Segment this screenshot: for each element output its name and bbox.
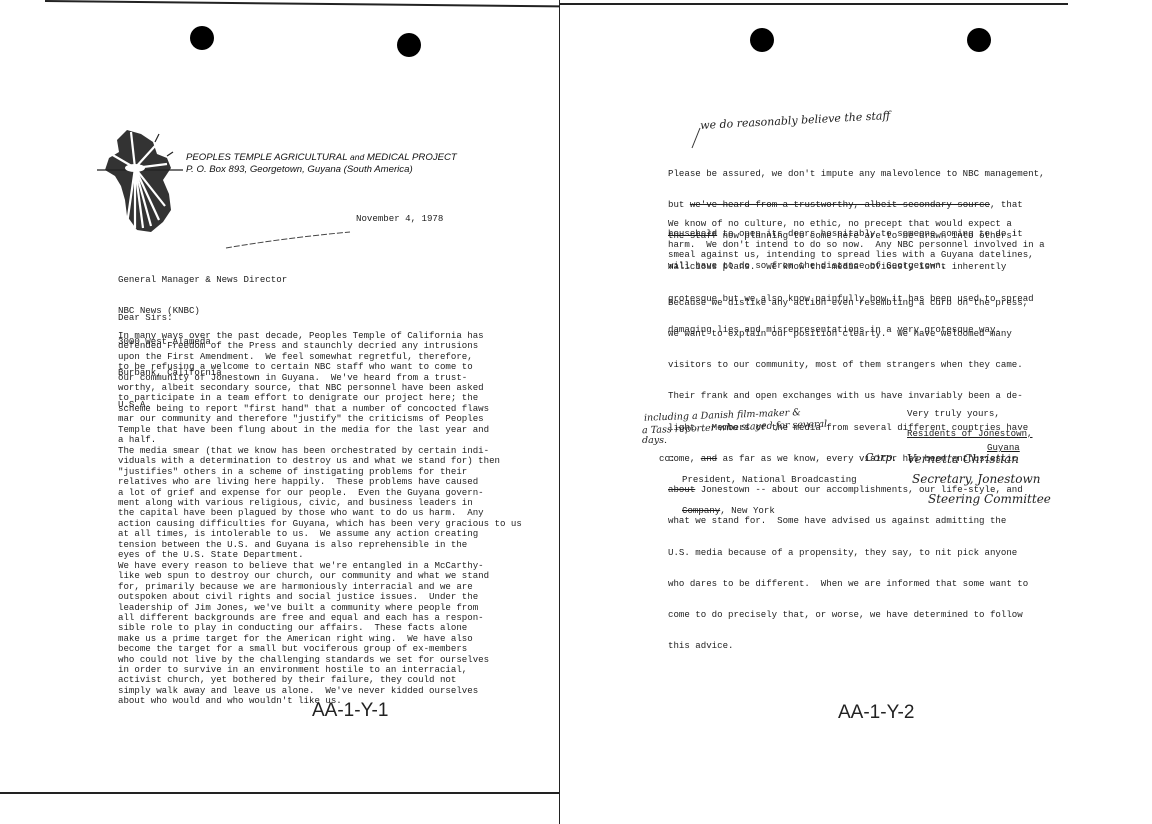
signature-block-struck: Residents of Jonestown, — [907, 429, 1033, 439]
handwritten-insert: we do reasonably believe the staff — [700, 109, 891, 132]
cc-recipient: President, National Broadcasting Company… — [682, 454, 857, 537]
punch-hole — [750, 28, 774, 52]
punch-hole — [190, 26, 214, 50]
pen-stroke-mark — [224, 228, 354, 250]
text-line: Temple that have been flung about in the… — [118, 425, 489, 435]
org-name: PEOPLES TEMPLE AGRICULTURAL and MEDICAL … — [186, 151, 457, 164]
letter-page-2: we do reasonably believe the staff Pleas… — [560, 0, 1152, 824]
scan-edge-top — [45, 0, 560, 7]
cc-label: cc: — [659, 454, 675, 464]
punch-hole — [397, 33, 421, 57]
scan-edge-bottom — [0, 792, 560, 794]
letter-date: November 4, 1978 — [356, 214, 443, 224]
salutation: Dear Sirs: — [118, 313, 173, 323]
letter-page-1: PEOPLES TEMPLE AGRICULTURAL and MEDICAL … — [0, 0, 560, 824]
org-address: P. O. Box 893, Georgetown, Guyana (South… — [186, 164, 457, 176]
scan-edge-top — [560, 3, 1068, 5]
page-id-handwritten: AA-1-Y-1 — [312, 700, 388, 722]
text-line: eyes of the U.S. State Department. — [118, 550, 522, 560]
body-paragraph-2: The media smear (that we know has been o… — [118, 446, 522, 560]
struck-text: Company — [682, 505, 720, 516]
punch-hole — [967, 28, 991, 52]
text-line: about who would and who wouldn't like us… — [118, 696, 489, 706]
page-id-handwritten: AA-1-Y-2 — [838, 702, 914, 724]
struck-text: we've heard from a trustworthy, albeit s… — [690, 199, 990, 210]
closing: Very truly yours, — [907, 409, 1000, 419]
letterhead: PEOPLES TEMPLE AGRICULTURAL and MEDICAL … — [186, 151, 457, 176]
text-line: a half. — [118, 435, 489, 445]
body-paragraph-2: We know of no culture, no ethic, no prec… — [668, 219, 1045, 271]
guyana-map-sunburst-logo-icon — [97, 124, 183, 236]
body-paragraph-3: We have every reason to believe that we'… — [118, 561, 489, 707]
text-line: will have to do so from the distance of … — [668, 261, 1045, 271]
body-paragraph-1: In many ways over the past decade, Peopl… — [118, 331, 489, 445]
handwritten-corp: Corp. — [865, 451, 896, 464]
